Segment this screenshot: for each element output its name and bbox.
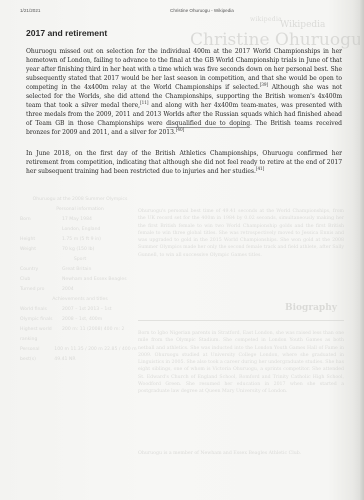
ghost-infobox-sport-header: Sport xyxy=(20,255,140,265)
print-page-title: Christine Ohuruogu - Wikipedia xyxy=(170,8,234,13)
ghost-infobox-row: Weight70 kg (150 lb) xyxy=(20,245,140,255)
ghost-infobox-row: Highest world ranking200 m: 11 (2008) 40… xyxy=(20,325,140,345)
ghost-site-name: Wikipedia xyxy=(280,20,325,30)
ghost-infobox-row: Turned pro2004 xyxy=(20,285,140,295)
ghost-paragraph: Ohuruogu is a member of Newham and Essex… xyxy=(138,450,344,457)
paragraph-retirement-2018: In June 2018, on the first day of the Br… xyxy=(26,150,342,177)
citation-41[interactable]: [41] xyxy=(256,166,264,171)
ghost-infobox-achievements-header: Achievements and titles xyxy=(20,295,140,305)
ghost-infobox-row: Born17 May 1984 xyxy=(20,215,140,225)
print-date: 1/21/2021 xyxy=(20,8,40,13)
scanned-page: wikipedia Wikipedia Christine Ohuruogu O… xyxy=(0,0,364,500)
section-heading: 2017 and retirement xyxy=(26,28,107,38)
ghost-infobox-row: CountryGreat Britain xyxy=(20,265,140,275)
ghost-infobox-row: Olympic finals2008 – 1st, 400m xyxy=(20,315,140,325)
ghost-infobox-personal-header: Personal information xyxy=(20,205,140,215)
ghost-site-label: wikipedia xyxy=(250,16,282,23)
ghost-infobox: Ohuruogu at the 2008 Summer Olympics Per… xyxy=(20,195,140,365)
ghost-heading-rule xyxy=(138,320,344,321)
citation-39[interactable]: [39] xyxy=(260,82,268,87)
citation-40[interactable]: [40] xyxy=(176,127,184,132)
ghost-paragraph: Born to Igbo Nigerian parents in Stratfo… xyxy=(138,330,344,396)
ghost-article-title: Christine Ohuruogu xyxy=(190,30,362,50)
ghost-biography-heading: Biography xyxy=(285,303,337,313)
ghost-infobox-row: World finals2007 – 1st 2013 – 1st xyxy=(20,305,140,315)
scan-edge-shadow xyxy=(360,0,364,500)
ghost-infobox-row: Personal best(s)100 m 11.35 / 200 m 22.8… xyxy=(20,345,140,365)
ghost-infobox-row: ClubNewham and Essex Beagles xyxy=(20,275,140,285)
ghost-infobox-row: Height1.75 m (5 ft 9 in) xyxy=(20,235,140,245)
ghost-paragraph: Ohuruogu's personal best time of 49.41 s… xyxy=(138,208,344,259)
ghost-infobox-row: London, England xyxy=(20,225,140,235)
ghost-infobox-caption: Ohuruogu at the 2008 Summer Olympics xyxy=(20,195,140,205)
paragraph-retirement-2017: Ohuruogu missed out on selection for the… xyxy=(26,48,342,138)
